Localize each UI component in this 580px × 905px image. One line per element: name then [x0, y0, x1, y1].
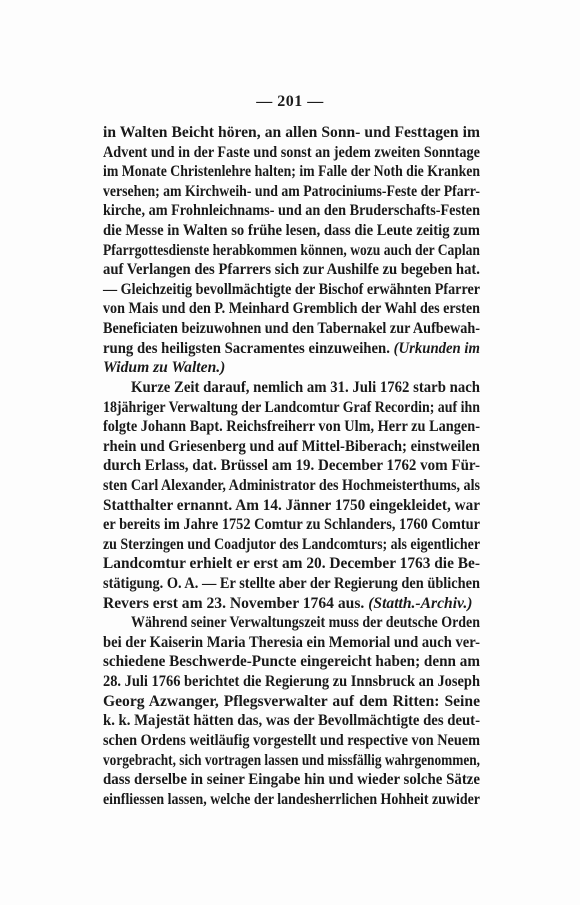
body-text: in Walten Beicht hören, an allen Sonn- u…	[103, 123, 480, 809]
text-line: im Monate Christenlehre halten; im Falle…	[103, 162, 480, 182]
line-text: Kurze Zeit darauf, nemlich am 31. Juli 1…	[131, 379, 480, 396]
text-line: schen Ordens weitläufig vorgestellt und …	[103, 731, 480, 751]
text-line: folgte Johann Bapt. Reichsfreiherr von U…	[103, 417, 480, 437]
line-text: schiedene Beschwerde-Puncte eingereicht …	[103, 653, 480, 670]
line-text: Revers erst am 23. November 1764 aus.	[103, 595, 364, 612]
text-line: 28. Juli 1766 berichtet die Regierung zu…	[103, 672, 480, 692]
text-line: er bereits im Jahre 1752 Comtur zu Schla…	[103, 515, 480, 535]
line-text: sten Carl Alexander, Administrator des H…	[103, 477, 480, 494]
line-text: Landcomtur erhielt er erst am 20. Decemb…	[103, 555, 480, 572]
line-text: Advent und in der Faste und sonst an jed…	[103, 144, 480, 161]
line-text: er bereits im Jahre 1752 Comtur zu Schla…	[103, 516, 480, 533]
book-page: — 201 — in Walten Beicht hören, an allen…	[0, 0, 580, 905]
text-line: schiedene Beschwerde-Puncte eingereicht …	[103, 652, 480, 672]
text-line: Widum zu Walten.)	[103, 358, 480, 378]
line-text: schen Ordens weitläufig vorgestellt und …	[103, 732, 480, 749]
text-line: dass derselbe in seiner Eingabe hin und …	[103, 770, 480, 790]
line-text: rung des heiligsten Sacramentes einzuwei…	[103, 340, 390, 357]
line-text: Pfarrgottesdienste herabkommen können, w…	[103, 242, 480, 259]
text-line: k. k. Majestät hätten das, was der Bevol…	[103, 711, 480, 731]
line-text: versehen; am Kirchweih- und am Patrocini…	[103, 183, 480, 200]
text-line: stätigung. O. A. — Er stellte aber der R…	[103, 574, 480, 594]
text-line: in Walten Beicht hören, an allen Sonn- u…	[103, 123, 480, 143]
line-text: — Gleichzeitig bevollmächtigte der Bisch…	[103, 281, 480, 298]
line-text: 18jähriger Verwaltung der Landcomtur Gra…	[103, 399, 480, 416]
line-text: rhein und Griesenberg und auf Mittel-Bib…	[103, 438, 480, 455]
line-text: in Walten Beicht hören, an allen Sonn- u…	[103, 124, 480, 141]
text-line: sten Carl Alexander, Administrator des H…	[103, 476, 480, 496]
text-line: durch Erlass, dat. Brüssel am 19. Decemb…	[103, 456, 480, 476]
text-line: 18jähriger Verwaltung der Landcomtur Gra…	[103, 398, 480, 418]
text-line: einfliessen lassen, welche der landesher…	[103, 790, 480, 810]
line-text: vorgebracht, sich vortragen lassen und m…	[103, 752, 480, 769]
text-line: Kurze Zeit darauf, nemlich am 31. Juli 1…	[103, 378, 480, 398]
text-line: Pfarrgottesdienste herabkommen können, w…	[103, 241, 480, 261]
line-text: kirche, am Frohnleichnams- und an den Br…	[103, 202, 480, 219]
text-line: Beneficiaten beizuwohnen und den Taberna…	[103, 319, 480, 339]
line-text: die Messe in Walten so frühe lesen, dass…	[103, 222, 480, 239]
line-text: zu Sterzingen und Coadjutor des Landcomt…	[103, 536, 480, 553]
line-text: einfliessen lassen, welche der landesher…	[103, 791, 480, 808]
text-line: versehen; am Kirchweih- und am Patrocini…	[103, 182, 480, 202]
line-text: von Mais und den P. Meinhard Gremblich d…	[103, 300, 480, 317]
text-line: rung des heiligsten Sacramentes einzuwei…	[103, 339, 480, 359]
text-line: — Gleichzeitig bevollmächtigte der Bisch…	[103, 280, 480, 300]
text-line: rhein und Griesenberg und auf Mittel-Bib…	[103, 437, 480, 457]
text-line: die Messe in Walten so frühe lesen, dass…	[103, 221, 480, 241]
line-text: Beneficiaten beizuwohnen und den Taberna…	[103, 320, 480, 337]
text-line: Statthalter ernannt. Am 14. Jänner 1750 …	[103, 496, 480, 516]
source-citation: Widum zu Walten.)	[103, 359, 225, 376]
line-text: Georg Azwanger, Pflegsverwalter auf dem …	[103, 693, 480, 710]
line-text: 28. Juli 1766 berichtet die Regierung zu…	[103, 673, 480, 690]
page-number: — 201 —	[0, 93, 580, 111]
text-line: bei der Kaiserin Maria Theresia ein Memo…	[103, 633, 480, 653]
line-text: stätigung. O. A. — Er stellte aber der R…	[103, 575, 480, 592]
text-line: vorgebracht, sich vortragen lassen und m…	[103, 751, 480, 771]
text-line: zu Sterzingen und Coadjutor des Landcomt…	[103, 535, 480, 555]
line-text: k. k. Majestät hätten das, was der Bevol…	[103, 712, 480, 729]
text-line: auf Verlangen des Pfarrers sich zur Aush…	[103, 260, 480, 280]
text-line: Georg Azwanger, Pflegsverwalter auf dem …	[103, 692, 480, 712]
text-line: Revers erst am 23. November 1764 aus. (S…	[103, 594, 480, 614]
text-line: Während seiner Verwaltungszeit muss der …	[103, 613, 480, 633]
line-text: Während seiner Verwaltungszeit muss der …	[131, 614, 480, 631]
source-citation: (Urkunden im	[394, 340, 480, 357]
text-line: Landcomtur erhielt er erst am 20. Decemb…	[103, 554, 480, 574]
line-text: im Monate Christenlehre halten; im Falle…	[103, 163, 480, 180]
text-line: kirche, am Frohnleichnams- und an den Br…	[103, 201, 480, 221]
line-text: durch Erlass, dat. Brüssel am 19. Decemb…	[103, 457, 480, 474]
line-text: folgte Johann Bapt. Reichsfreiherr von U…	[103, 418, 480, 435]
source-citation: (Statth.-Archiv.)	[368, 595, 472, 612]
text-line: von Mais und den P. Meinhard Gremblich d…	[103, 299, 480, 319]
line-text: Statthalter ernannt. Am 14. Jänner 1750 …	[103, 497, 480, 514]
line-text: bei der Kaiserin Maria Theresia ein Memo…	[103, 634, 480, 651]
line-text: dass derselbe in seiner Eingabe hin und …	[103, 771, 480, 788]
text-line: Advent und in der Faste und sonst an jed…	[103, 143, 480, 163]
line-text: auf Verlangen des Pfarrers sich zur Aush…	[103, 261, 480, 278]
